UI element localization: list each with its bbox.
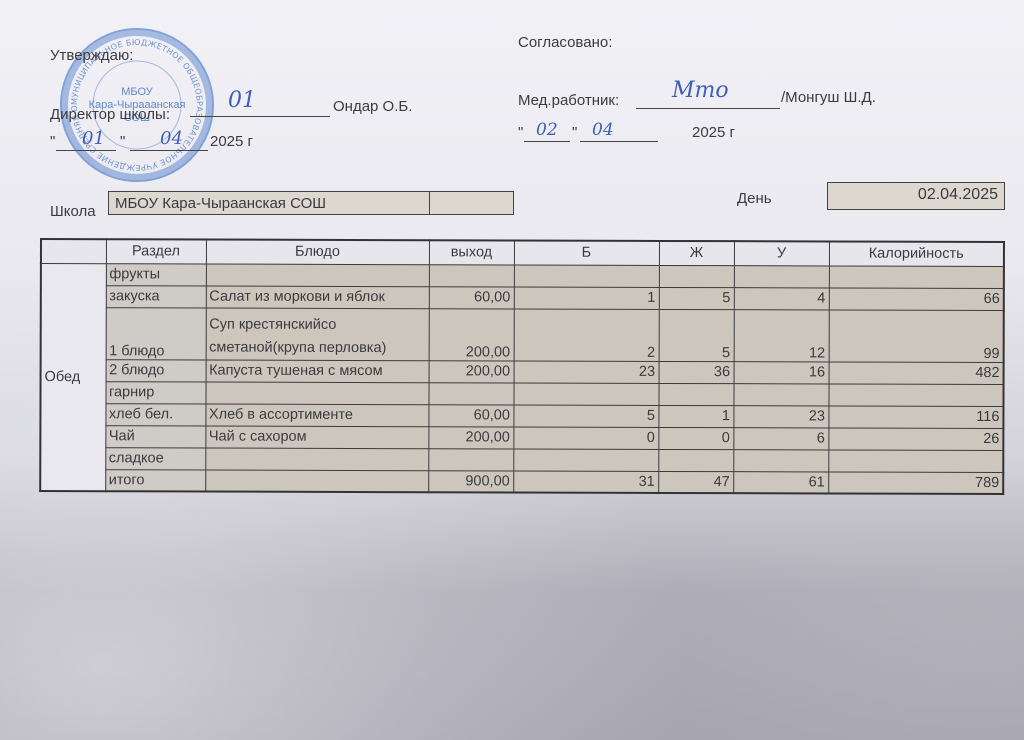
- calories-cell: 116: [828, 405, 1003, 428]
- director-signature: 01: [228, 88, 256, 113]
- dish-cell: Салат из моркови и яблок: [206, 286, 429, 309]
- calories-cell: [828, 449, 1003, 472]
- med-day: 02: [536, 120, 558, 140]
- fat-cell: [658, 449, 733, 471]
- med-name: /Монгуш Ш.Д.: [781, 89, 876, 106]
- director-label: Директор школы:: [50, 106, 170, 123]
- calories-cell: 26: [828, 427, 1003, 450]
- med-signature: Mmo: [672, 78, 729, 103]
- calories-cell: 66: [829, 287, 1004, 310]
- header-section: Раздел: [106, 239, 206, 263]
- day-field: 02.04.2025: [827, 182, 1005, 210]
- table-row: 1 блюдо Суп крестянскийсо сметаной(крупа…: [41, 307, 1004, 362]
- quote-open-1: ": [50, 133, 55, 150]
- dish-cell: [206, 264, 429, 287]
- table-row: закуска Салат из моркови и яблок 60,00 1…: [41, 285, 1004, 310]
- calories-cell: 789: [828, 471, 1003, 494]
- protein-cell: [513, 382, 658, 404]
- fat-cell: 36: [659, 361, 734, 383]
- fat-cell: [658, 383, 733, 405]
- med-label: Мед.работник:: [518, 92, 619, 109]
- day-label: День: [737, 190, 772, 207]
- header-meal: [41, 239, 106, 263]
- table-row: 2 блюдо Капуста тушеная с мясом 200,00 2…: [41, 359, 1004, 384]
- agreement-year: 2025 г: [692, 124, 735, 141]
- table-header-row: Раздел Блюдо выход Б Ж У Калорийность: [41, 239, 1004, 266]
- director-name: Ондар О.Б.: [333, 98, 412, 115]
- calories-cell: [828, 383, 1003, 406]
- quote-open-2: ": [518, 124, 523, 141]
- fat-cell: 47: [658, 471, 733, 493]
- dish-cell: Капуста тушеная с мясом: [206, 360, 429, 383]
- med-month-line: [580, 141, 658, 142]
- header-output: выход: [429, 240, 514, 264]
- dish-cell: [205, 470, 428, 493]
- header-calories: Калорийность: [829, 241, 1004, 266]
- carbs-cell: [733, 383, 828, 405]
- dish-cell: Суп крестянскийсо сметаной(крупа перловк…: [206, 308, 429, 361]
- fat-cell: 1: [658, 405, 733, 427]
- header-protein: Б: [514, 240, 659, 264]
- table-row: хлеб бел. Хлеб в ассортименте 60,00 5 1 …: [40, 403, 1003, 428]
- director-month: 04: [160, 128, 183, 149]
- dish-cell: [205, 448, 428, 471]
- output-cell: 60,00: [428, 404, 513, 426]
- section-cell: гарнир: [105, 381, 205, 403]
- protein-cell: 2: [514, 308, 659, 360]
- header-dish: Блюдо: [206, 240, 429, 265]
- med-month: 04: [592, 120, 614, 140]
- section-cell: Чай: [105, 425, 205, 447]
- approval-year: 2025 г: [210, 133, 253, 150]
- director-day: 01: [82, 128, 105, 149]
- output-cell: 200,00: [429, 308, 514, 360]
- quote-close-1: ": [120, 133, 125, 150]
- carbs-cell: 12: [734, 309, 829, 361]
- fat-cell: 5: [659, 287, 734, 309]
- section-cell: 2 блюдо: [106, 359, 206, 381]
- month-line: [130, 150, 208, 151]
- protein-cell: 31: [513, 470, 658, 492]
- section-cell: итого: [105, 469, 205, 491]
- protein-cell: 1: [514, 286, 659, 308]
- director-signature-line: [190, 116, 330, 117]
- fat-cell: 0: [658, 427, 733, 449]
- fat-cell: 5: [659, 309, 734, 361]
- output-cell: [428, 448, 513, 470]
- meal-cell: Обед: [40, 263, 106, 491]
- dish-cell: Чай с сахором: [205, 426, 428, 449]
- med-signature-line: [636, 108, 780, 109]
- calories-cell: 482: [829, 361, 1004, 384]
- output-cell: 900,00: [428, 470, 513, 492]
- table-row: Обед фрукты: [41, 263, 1004, 288]
- output-cell: [428, 382, 513, 404]
- protein-cell: 5: [513, 404, 658, 426]
- carbs-cell: 16: [734, 361, 829, 383]
- output-cell: 200,00: [429, 360, 514, 382]
- carbs-cell: [734, 265, 829, 287]
- carbs-cell: [733, 449, 828, 471]
- carbs-cell: 61: [733, 471, 828, 493]
- section-cell: закуска: [106, 285, 206, 307]
- output-cell: 60,00: [429, 286, 514, 308]
- dish-cell: Хлеб в ассортименте: [205, 404, 428, 427]
- protein-cell: 23: [514, 360, 659, 382]
- carbs-cell: 4: [734, 287, 829, 309]
- header-fat: Ж: [659, 241, 734, 265]
- section-cell: фрукты: [106, 263, 206, 285]
- fat-cell: [659, 265, 734, 287]
- table-row: Чай Чай с сахором 200,00 0 0 6 26: [40, 425, 1003, 450]
- table-row: гарнир: [40, 381, 1003, 406]
- med-day-line: [524, 141, 570, 142]
- day-line: [56, 150, 116, 151]
- header-carbs: У: [734, 241, 829, 265]
- dish-cell: [205, 382, 428, 405]
- approve-label: Утверждаю:: [50, 47, 133, 64]
- quote-close-2: ": [572, 124, 577, 141]
- section-cell: сладкое: [105, 447, 205, 469]
- stamp-line: МБОУ: [62, 86, 212, 99]
- section-cell: хлеб бел.: [105, 403, 205, 425]
- section-cell: 1 блюдо: [106, 307, 206, 359]
- calories-cell: 99: [829, 309, 1004, 362]
- output-cell: 200,00: [428, 426, 513, 448]
- menu-table: Раздел Блюдо выход Б Ж У Калорийность Об…: [39, 238, 1005, 495]
- table-row: сладкое: [40, 447, 1003, 472]
- protein-cell: [513, 448, 658, 470]
- school-field: МБОУ Кара-Чыраанская СОШ: [108, 191, 430, 215]
- output-cell: [429, 264, 514, 286]
- carbs-cell: 6: [733, 427, 828, 449]
- agreed-label: Согласовано:: [518, 34, 612, 51]
- table-row: итого 900,00 31 47 61 789: [40, 469, 1003, 494]
- calories-cell: [829, 265, 1004, 288]
- protein-cell: [514, 264, 659, 286]
- protein-cell: 0: [513, 426, 658, 448]
- school-extra-field: [429, 191, 514, 215]
- school-label: Школа: [50, 203, 96, 220]
- carbs-cell: 23: [733, 405, 828, 427]
